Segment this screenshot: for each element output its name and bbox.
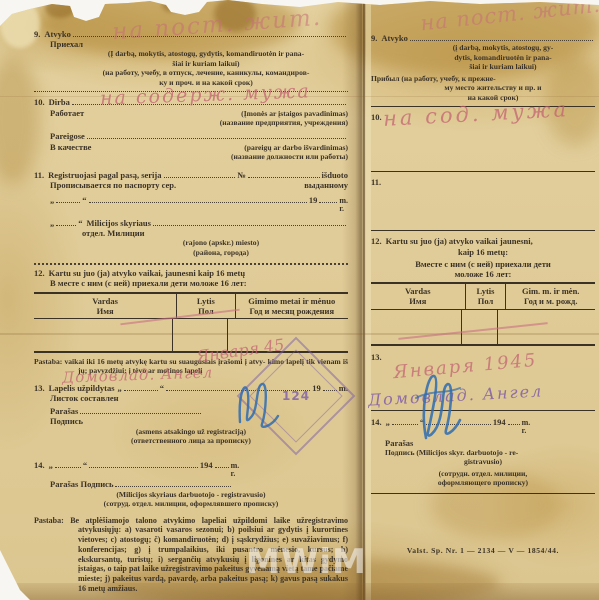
section-divider [371, 409, 595, 411]
col-name-lt: Vardas [36, 296, 174, 306]
section-number: 9. [371, 33, 377, 43]
col-sex: Lytis Пол [176, 294, 234, 318]
dotted-leader [56, 217, 76, 226]
hint-line: (сотруд. отдел. милиции, оформлявшего пр… [64, 499, 318, 508]
empty-cell [371, 310, 461, 344]
open-quote: „ [50, 218, 54, 228]
dotted-leader [215, 459, 229, 468]
section-number: 14. [34, 460, 45, 470]
empty-cell [497, 310, 595, 344]
scanned-registration-form: 9. Atvyko Приехал (Į darbą, mokytis, ato… [0, 0, 599, 600]
children-line-ru: Вместе с ним (с ней) приехали дети [371, 259, 595, 269]
table-empty-row [34, 319, 348, 351]
note-12: Pastaba: vaikai iki 16 metų atvykę kartu… [34, 357, 348, 376]
children-line-lt2: kaip 16 metų: [371, 247, 595, 257]
close-quote: “ [82, 195, 86, 205]
field-label-podpis: Подпись [50, 416, 348, 426]
hint-line: на какой срок) [391, 93, 595, 102]
section-divider [34, 90, 348, 92]
paper-stain [162, 0, 178, 12]
year-prefix: 19 [309, 195, 318, 205]
dotted-leader [319, 194, 337, 203]
god-abbr: г. [522, 427, 527, 435]
hint-line: (Įmonės ar įstaigos pavadinimas) [241, 109, 348, 118]
col-name-ru: Имя [36, 306, 174, 316]
table-empty-row [371, 310, 595, 344]
field-label-passport: Registruojasi pagal pasą, serija [48, 170, 161, 180]
children-line-lt: Kartu su juo (ja) atvyko vaikai jaunesni… [386, 236, 533, 246]
dotted-leader [392, 416, 418, 425]
hint-line: Подпись (Milicijos skyr. darbuotojo - re… [385, 448, 595, 457]
note-label: Pastaba: [34, 516, 64, 525]
section-divider [34, 262, 348, 265]
col-birth-lt: Gim. m. ir mėn. [508, 286, 593, 296]
dotted-leader [89, 194, 307, 203]
field-label-propiska: Прописывается по паспорту сер. [50, 180, 176, 190]
field-label-atvyko: Atvyko [44, 29, 70, 39]
field-label-dirba: Dirba [49, 97, 70, 107]
note-bottom: Pastaba: Be atplėšiamojo talono atvykimo… [34, 516, 348, 594]
children-line-lt: Kartu su juo (ja) atvyko vaikai, jaunesn… [49, 268, 245, 278]
col-name: Vardas Имя [371, 284, 465, 308]
section-number: 9. [34, 29, 40, 39]
hint-line: (района, города) [94, 248, 348, 257]
blank-area [371, 187, 595, 229]
col-sex-lt: Lytis [468, 286, 504, 296]
field-label-rabotaet: Работает [50, 108, 84, 118]
dotted-leader [124, 382, 158, 391]
blank-area [371, 122, 595, 170]
god-abbr: г. [231, 470, 236, 478]
section-number: 10. [34, 97, 45, 107]
section-11-right: 11. [371, 177, 595, 187]
note-text: Be atplėšiamojo talono atvykimo lapeliai… [70, 516, 348, 593]
field-label-pareigose: Pareigose [50, 131, 85, 141]
section-divider [371, 105, 595, 107]
hint-line: (Į darbą, mokytis, atostogų, gydytis, ko… [64, 49, 348, 58]
col-name-ru: Имя [373, 296, 463, 306]
year-prefix: 194 [493, 417, 506, 427]
col-name-lt: Vardas [373, 286, 463, 296]
hint-line: (Milicijos skyriaus darbuotojo - registr… [64, 490, 318, 499]
hint-line: (asmens atsakingo už registraciją) [74, 427, 308, 436]
year-prefix: 194 [200, 460, 213, 470]
number-sign: № [237, 170, 246, 180]
hint-line: gistravusio) [371, 457, 595, 466]
m-g-stack: m. г. [522, 419, 531, 436]
dotted-leader [153, 217, 346, 226]
section-divider [371, 170, 595, 172]
section-11-left: 11. Registruojasi pagal pasą, serija № i… [34, 169, 348, 180]
blank-area [371, 362, 595, 409]
col-sex-lt: Lytis [179, 296, 232, 306]
col-sex: Lytis Пол [465, 284, 506, 308]
dotted-leader [164, 169, 236, 178]
open-quote: „ [49, 460, 53, 470]
section-12-right: 12. Kartu su juo (ja) atvyko vaikai jaun… [371, 236, 595, 246]
empty-cell [461, 310, 498, 344]
aged-paper-sheet: 9. Atvyko Приехал (Į darbą, mokytis, ato… [0, 0, 599, 600]
section-13-right: 13. [371, 352, 595, 362]
hint-line: (название предприятия, учреждения) [34, 118, 348, 127]
table-header-row: Vardas Имя Lytis Пол Gim. m. ir mėn. Год… [371, 284, 595, 309]
col-sex-ru: Пол [468, 296, 504, 306]
section-number: 12. [34, 268, 45, 278]
close-quote: “ [420, 417, 424, 427]
dotted-leader [73, 28, 346, 37]
hint-line: ку и проч. и на какой срок) [64, 78, 348, 87]
printer-imprint: Valst. Sp. Nr. 1 — 2134 — V — 1854/44. [371, 546, 595, 555]
col-name: Vardas Имя [34, 294, 176, 318]
dotted-leader [166, 382, 310, 391]
hint-line: Прибыл (на работу, учебу, к прежне- [371, 74, 595, 83]
militia-row: „ “ Milicijos skyriaus [34, 217, 348, 228]
dotted-leader [508, 416, 520, 425]
hint-line: му место жительству и пр. и [391, 83, 595, 92]
note-line: vaikai iki 16 metų atvykę kartu su suaug… [64, 357, 265, 366]
field-label-v-kachestve: В качестве [50, 142, 91, 152]
section-13-left: 13. Lapelis užpildytas „ “ 19 m. [34, 382, 348, 393]
field-label-milicija: Milicijos skyriaus [87, 218, 151, 228]
field-label-parasas: Parašas [385, 438, 595, 448]
field-label-vydannomu: выданному [304, 180, 348, 190]
form-left-column: 9. Atvyko Приехал (Į darbą, mokytis, ato… [34, 28, 348, 594]
hint-line: (pareigų ar darbo išvardinimas) [244, 143, 348, 152]
vertical-fold-line [363, 0, 365, 600]
date-row: „ “ 19 m. г. [34, 194, 348, 214]
children-table-left: Vardas Имя Lytis Пол Gimimo metai ir mėn… [34, 292, 348, 353]
dotted-leader [72, 96, 346, 105]
empty-cell [172, 319, 226, 351]
section-14-right: 14. „ “ 194 m. г. [371, 416, 595, 436]
form-right-column: 9. Atvyko (į darbą, mokytis, atostogų, g… [371, 18, 595, 555]
col-sex-ru: Пол [179, 306, 232, 316]
field-label-parasas: Parašas [50, 406, 78, 416]
section-9-right: 9. Atvyko [371, 32, 595, 43]
dotted-leader [115, 478, 230, 487]
children-line-ru: В месте с ним (с ней) приехали дети моло… [50, 278, 348, 288]
m-g-stack: m. г. [231, 462, 240, 479]
hint-line: dytis, komandiruotėn ir pana- [411, 53, 595, 62]
col-birth-ru: Год и месяц рождения [238, 306, 346, 316]
section-12-left: 12. Kartu su juo (ja) atvyko vaikai, jau… [34, 268, 348, 278]
dotted-leader [323, 382, 337, 391]
empty-cell [34, 319, 172, 351]
year-prefix: 19 [312, 383, 321, 393]
field-label-parasas-podpis: Parašas Подпись [50, 479, 113, 489]
section-number: 12. [371, 236, 382, 246]
section-number: 13. [34, 383, 45, 393]
col-birth-lt: Gimimo metai ir mėnuo [238, 296, 346, 306]
dotted-leader [89, 459, 198, 468]
section-divider [371, 492, 595, 494]
col-birth: Gim. m. ir mėn. Год и м. рожд. [505, 284, 595, 308]
propisyvaetsya-row: Прописывается по паспорту сер. выданному [34, 180, 348, 190]
hint-line: šiai ir kuriam laikui) [411, 62, 595, 71]
field-label-lapelis: Lapelis užpildytas [49, 383, 115, 393]
hint-line: (į darbą, mokytis, atostogų, gy- [411, 43, 595, 52]
paper-stain [45, 0, 75, 18]
v-kachestve-row: В качестве (pareigų ar darbo išvardinima… [34, 142, 348, 152]
dotted-leader [248, 169, 320, 178]
open-quote: „ [386, 417, 390, 427]
metai-abbr: m. [339, 383, 348, 393]
dotted-leader [55, 459, 81, 468]
col-birth: Gimimo metai ir mėnuo Год и месяц рожден… [235, 294, 348, 318]
open-quote: „ [118, 383, 122, 393]
parasas-row: Parašas [34, 405, 348, 416]
hint-line: (rajono (apskr.) miesto) [94, 238, 348, 247]
section-divider [371, 229, 595, 231]
open-quote: „ [50, 195, 54, 205]
dotted-leader [87, 130, 346, 139]
close-quote: “ [78, 218, 82, 228]
close-quote: “ [160, 383, 164, 393]
children-line-ru2: моложе 16 лет: [371, 269, 595, 279]
parasas-podpis-row: Parašas Подпись [34, 478, 348, 489]
col-birth-ru: Год и м. рожд. [508, 296, 593, 306]
close-quote: “ [83, 460, 87, 470]
field-label-atvyko: Atvyko [381, 33, 407, 43]
section-14-left: 14. „ “ 194 m. г. [34, 459, 348, 479]
section-number: 11. [34, 170, 44, 180]
dotted-leader [426, 416, 491, 425]
section-number: 14. [371, 417, 382, 427]
field-label-priekhal: Приехал [50, 39, 348, 49]
empty-cell [227, 319, 348, 351]
field-label-isduoto: išduoto [322, 170, 348, 180]
dotted-leader [410, 32, 593, 41]
m-g-stack: m. г. [339, 197, 348, 214]
section-10-right: 10. [371, 112, 595, 122]
hint-line: (сотрудн. отдел. милиции, [371, 469, 595, 478]
pareigose-row: Pareigose [34, 130, 348, 141]
hint-line: (ответственного лица за прописку) [74, 436, 308, 445]
note-label: Pastaba: [34, 357, 62, 366]
section-9-left: 9. Atvyko [34, 28, 348, 39]
hint-line: (на работу, учебу, в отпуск, лечение, ка… [64, 68, 348, 77]
table-header-row: Vardas Имя Lytis Пол Gimimo metai ir mėn… [34, 294, 348, 319]
field-label-militsiya: отдел. Милиции [82, 228, 348, 238]
hint-line: šiai ir kuriam laikui) [64, 59, 348, 68]
hint-line: оформляющего прописку) [371, 478, 595, 487]
section-10-left: 10. Dirba [34, 96, 348, 107]
rabotaet-row: Работает (Įmonės ar įstaigos pavadinimas… [34, 108, 348, 118]
dotted-leader [80, 405, 201, 414]
dotted-leader [56, 194, 80, 203]
children-table-right: Vardas Имя Lytis Пол Gim. m. ir mėn. Год… [371, 282, 595, 345]
field-label-listok: Листок составлен [50, 393, 348, 403]
god-abbr: г. [339, 205, 344, 213]
hint-line: (название должности или работы) [34, 152, 348, 161]
